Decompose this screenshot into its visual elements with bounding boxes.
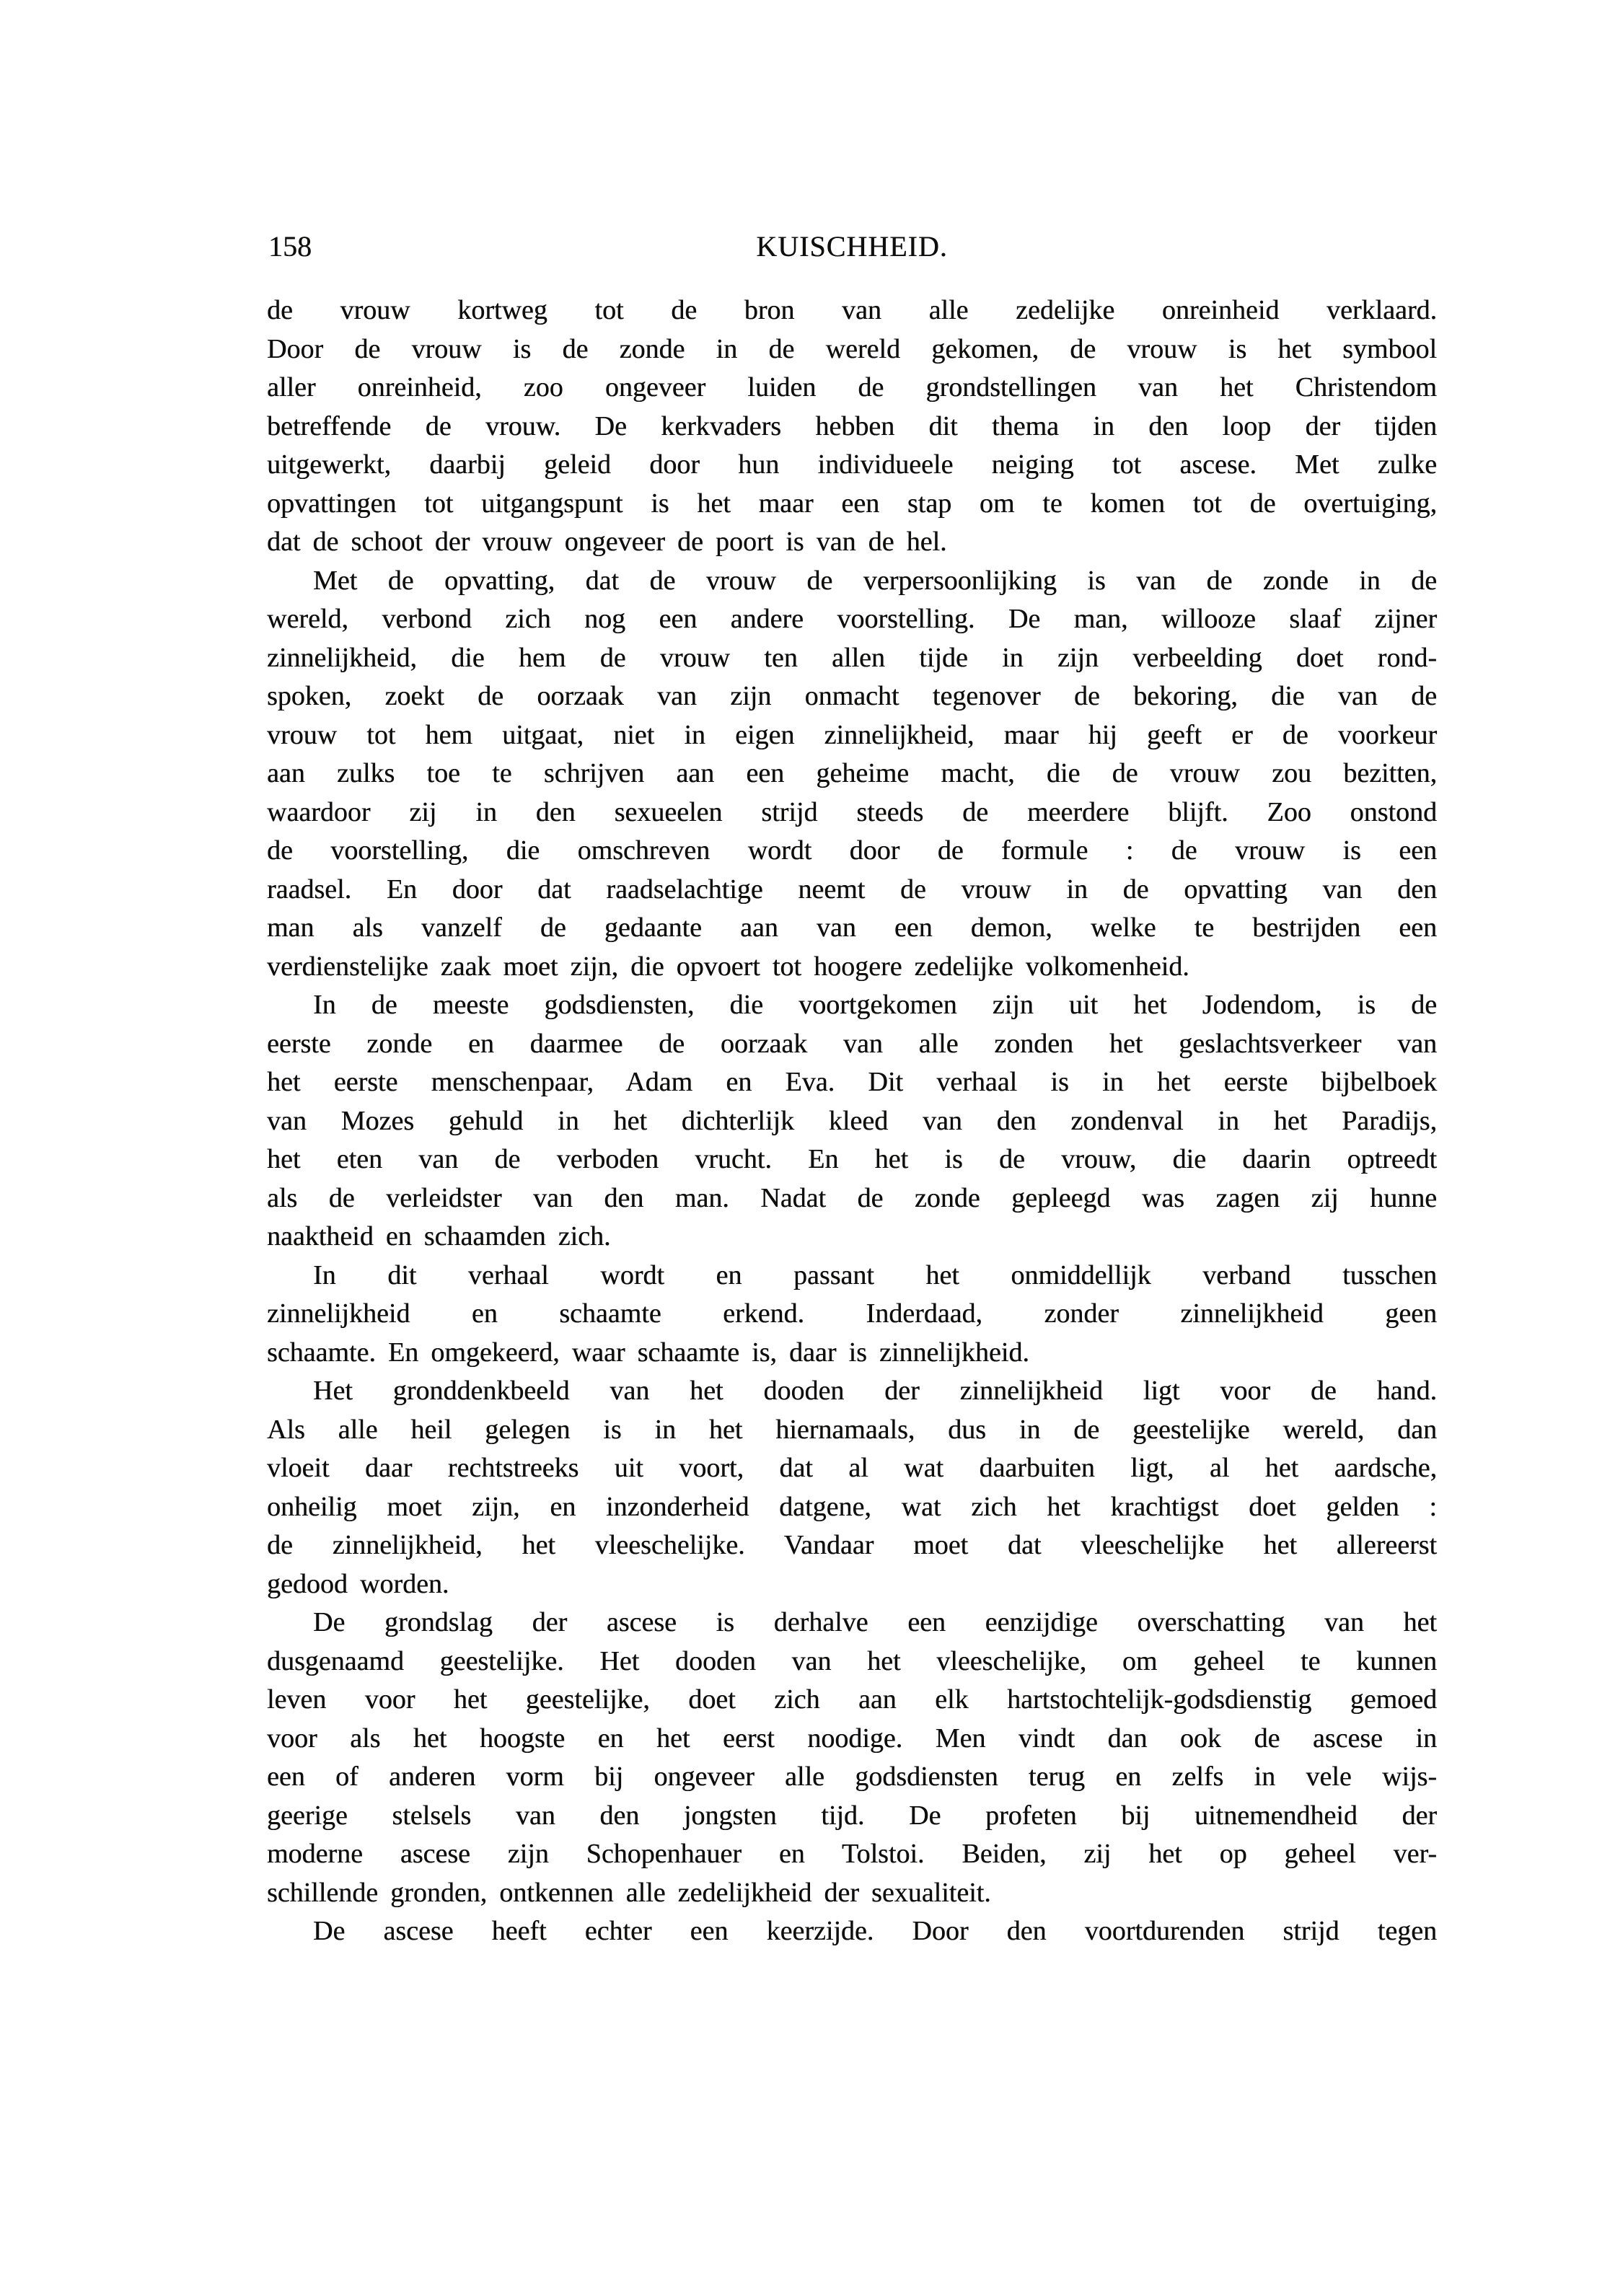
text-line: Met de opvatting, dat de vrouw de verper…	[267, 562, 1437, 601]
page-header: 158 KUISCHHEID.	[267, 231, 1437, 263]
text-line: geerige stelsels van den jongsten tijd. …	[267, 1797, 1437, 1836]
text-line: In de meeste godsdiensten, die voortgeko…	[267, 986, 1437, 1025]
text-line: wereld, verbond zich nog een andere voor…	[267, 600, 1437, 639]
text-line: voor als het hoogste en het eerst noodig…	[267, 1720, 1437, 1759]
text-line: schillende gronden, ontkennen alle zedel…	[267, 1874, 1437, 1913]
text-line: raadsel. En door dat raadselachtige neem…	[267, 871, 1437, 910]
text-line: moderne ascese zijn Schopenhauer en Tols…	[267, 1835, 1437, 1874]
paragraph: Het gronddenkbeeld van het dooden der zi…	[267, 1372, 1437, 1604]
text-line: het eten van de verboden vrucht. En het …	[267, 1140, 1437, 1179]
text-line: een of anderen vorm bij ongeveer alle go…	[267, 1758, 1437, 1797]
text-line: schaamte. En omgekeerd, waar schaamte is…	[267, 1334, 1437, 1373]
text-line: de zinnelijkheid, het vleeschelijke. Van…	[267, 1526, 1437, 1565]
text-line: van Mozes gehuld in het dichterlijk klee…	[267, 1102, 1437, 1141]
running-title: KUISCHHEID.	[267, 231, 1437, 263]
paragraph: De grondslag der ascese is derhalve een …	[267, 1604, 1437, 1912]
text-line: de vrouw kortweg tot de bron van alle ze…	[267, 291, 1437, 330]
paragraph: In de meeste godsdiensten, die voortgeko…	[267, 986, 1437, 1257]
text-line: Het gronddenkbeeld van het dooden der zi…	[267, 1372, 1437, 1411]
paragraph: Met de opvatting, dat de vrouw de verper…	[267, 562, 1437, 987]
text-line: aller onreinheid, zoo ongeveer luiden de…	[267, 369, 1437, 408]
book-page: 158 KUISCHHEID. de vrouw kortweg tot de …	[0, 0, 1597, 2296]
text-line: aan zulks toe te schrijven aan een gehei…	[267, 755, 1437, 793]
text-line: spoken, zoekt de oorzaak van zijn onmach…	[267, 677, 1437, 716]
text-line: uitgewerkt, daarbij geleid door hun indi…	[267, 446, 1437, 485]
text-line: betreffende de vrouw. De kerkvaders hebb…	[267, 408, 1437, 447]
text-line: de voorstelling, die omschreven wordt do…	[267, 832, 1437, 871]
text-line: Door de vrouw is de zonde in de wereld g…	[267, 330, 1437, 369]
text-line: gedood worden.	[267, 1565, 1437, 1604]
text-line: vrouw tot hem uitgaat, niet in eigen zin…	[267, 716, 1437, 755]
paragraph: In dit verhaal wordt en passant het onmi…	[267, 1257, 1437, 1373]
paragraph: de vrouw kortweg tot de bron van alle ze…	[267, 291, 1437, 562]
text-line: waardoor zij in den sexueelen strijd ste…	[267, 793, 1437, 832]
text-line: onheilig moet zijn, en inzonderheid datg…	[267, 1488, 1437, 1527]
text-line: vloeit daar rechtstreeks uit voort, dat …	[267, 1449, 1437, 1488]
text-line: naaktheid en schaamden zich.	[267, 1218, 1437, 1257]
text-line: Als alle heil gelegen is in het hiernama…	[267, 1411, 1437, 1450]
text-line: eerste zonde en daarmee de oorzaak van a…	[267, 1025, 1437, 1064]
text-line: In dit verhaal wordt en passant het onmi…	[267, 1257, 1437, 1296]
page-body: de vrouw kortweg tot de bron van alle ze…	[267, 291, 1437, 1951]
text-line: zinnelijkheid en schaamte erkend. Inderd…	[267, 1295, 1437, 1334]
text-line: De ascese heeft echter een keerzijde. Do…	[267, 1912, 1437, 1951]
paragraph: De ascese heeft echter een keerzijde. Do…	[267, 1912, 1437, 1951]
text-line: opvattingen tot uitgangspunt is het maar…	[267, 485, 1437, 524]
text-line: het eerste menschenpaar, Adam en Eva. Di…	[267, 1063, 1437, 1102]
page-number: 158	[268, 231, 312, 263]
text-line: dusgenaamd geestelijke. Het dooden van h…	[267, 1642, 1437, 1681]
text-line: leven voor het geestelijke, doet zich aa…	[267, 1681, 1437, 1720]
text-line: man als vanzelf de gedaante aan van een …	[267, 909, 1437, 948]
text-line: De grondslag der ascese is derhalve een …	[267, 1604, 1437, 1642]
text-line: als de verleidster van den man. Nadat de…	[267, 1179, 1437, 1218]
text-line: verdienstelijke zaak moet zijn, die opvo…	[267, 948, 1437, 987]
text-line: dat de schoot der vrouw ongeveer de poor…	[267, 523, 1437, 562]
text-line: zinnelijkheid, die hem de vrouw ten alle…	[267, 639, 1437, 678]
text-column: 158 KUISCHHEID. de vrouw kortweg tot de …	[267, 231, 1437, 1951]
